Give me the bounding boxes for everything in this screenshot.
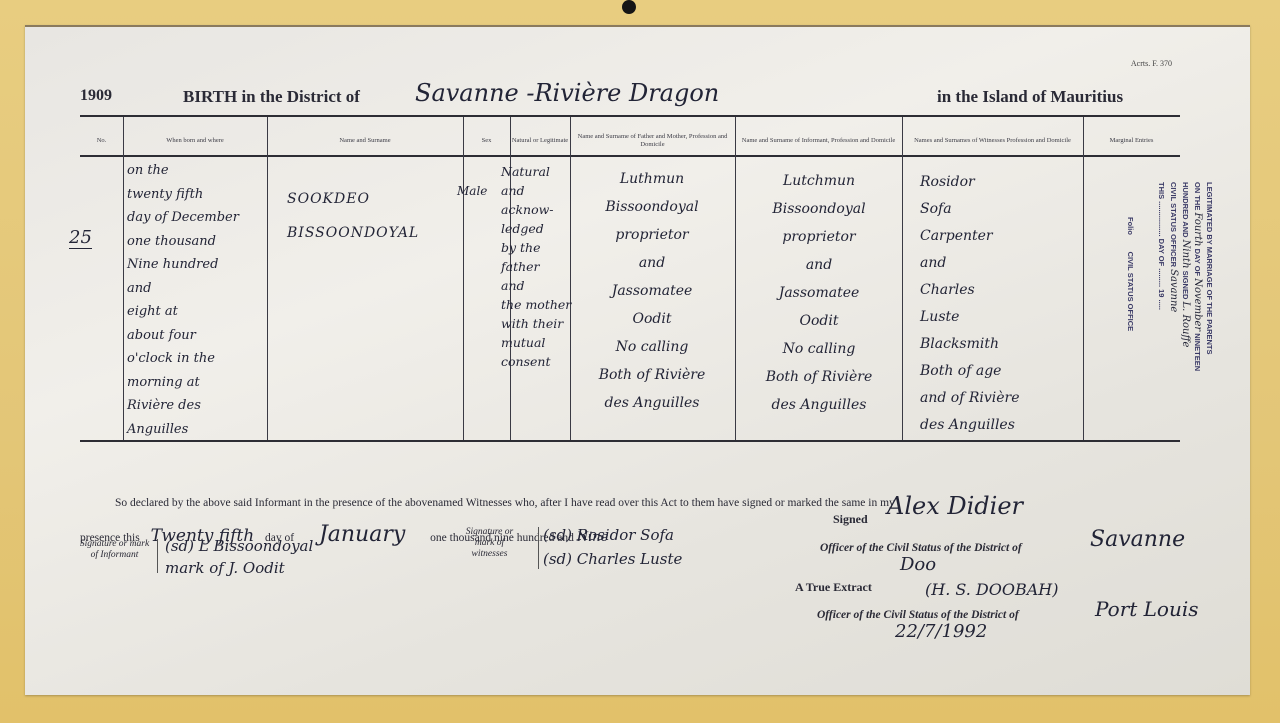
- handwritten-line: proprietor: [577, 221, 727, 249]
- handwritten-line: acknow-: [501, 200, 571, 219]
- handwritten-line: mark of J. Oodit: [165, 557, 313, 579]
- handwritten-line: Lutchmun: [740, 167, 898, 195]
- handwritten-line: and: [127, 277, 239, 301]
- handwritten-line: day of December: [127, 206, 239, 230]
- column-divider: [123, 117, 124, 440]
- handwritten-line: Carpenter: [920, 223, 1020, 250]
- true-extract-label: A True Extract: [795, 580, 872, 595]
- informant-brace: [157, 539, 158, 573]
- handwritten-line: and: [740, 251, 898, 279]
- handwritten-line: BISSOONDOYAL: [287, 216, 419, 250]
- extract-district: Port Louis: [1095, 597, 1199, 621]
- declaration-month: January: [319, 522, 405, 547]
- handwritten-line: No calling: [740, 335, 898, 363]
- handwritten-line: and: [501, 181, 571, 200]
- table-bottom-rule: [80, 440, 1180, 442]
- handwritten-line: Oodit: [740, 307, 898, 335]
- handwritten-line: the mother: [501, 295, 571, 314]
- extract-signature: Doo: [900, 554, 936, 575]
- column-header-natural-legitimate: Natural or Legitimate: [510, 125, 570, 157]
- handwritten-line: and: [501, 276, 571, 295]
- column-header-witnesses: Names and Surnames of Witnesses Professi…: [902, 125, 1083, 157]
- handwritten-line: Rivière des: [127, 394, 239, 418]
- handwritten-line: with their: [501, 314, 571, 333]
- informant-signature-label: Signature or mark of Informant: [77, 539, 152, 561]
- handwritten-line: Luste: [920, 304, 1020, 331]
- table-top-rule: [80, 115, 1180, 117]
- column-header-no: No.: [80, 125, 123, 157]
- certificate-year: 1909: [80, 87, 112, 105]
- handwritten-line: Luthmun: [577, 165, 727, 193]
- handwritten-line: (sd) Rosidor Sofa: [543, 523, 682, 547]
- column-header-name: Name and Surname: [267, 125, 463, 157]
- handwritten-line: and: [920, 250, 1020, 277]
- cell-when-where: on thetwenty fifthday of Decemberone tho…: [127, 159, 239, 441]
- handwritten-line: consent: [501, 352, 571, 371]
- handwritten-line: (sd) Charles Luste: [543, 547, 682, 571]
- marginal-folio: Folio CIVIL STATUS OFFICE: [1126, 217, 1135, 467]
- handwritten-line: Oodit: [577, 305, 727, 333]
- entry-number: 25: [69, 227, 92, 249]
- handwritten-line: Bissoondoyal: [740, 195, 898, 223]
- handwritten-line: des Anguilles: [920, 412, 1020, 439]
- cell-parents: LuthmunBissoondoyalproprietorandJassomat…: [577, 165, 727, 417]
- registrar-signature: Alex Didier: [887, 492, 1023, 520]
- extract-date: 22/7/1992: [895, 621, 987, 642]
- column-header-when-where: When born and where: [123, 125, 267, 157]
- handwritten-line: proprietor: [740, 223, 898, 251]
- handwritten-line: Both of age: [920, 358, 1020, 385]
- extract-officer-name: (H. S. DOOBAH): [925, 580, 1059, 599]
- handwritten-line: mutual: [501, 333, 571, 352]
- handwritten-line: (sd) L Bissoondoyal: [165, 535, 313, 557]
- column-divider: [735, 117, 736, 440]
- handwritten-line: o'clock in the: [127, 347, 239, 371]
- signed-label: Signed: [833, 512, 868, 527]
- handwritten-line: on the: [127, 159, 239, 183]
- handwritten-line: Bissoondoyal: [577, 193, 727, 221]
- handwritten-line: Jassomatee: [577, 277, 727, 305]
- handwritten-line: twenty fifth: [127, 183, 239, 207]
- column-header-parents: Name and Surname of Father and Mother, P…: [570, 125, 735, 157]
- handwritten-line: about four: [127, 324, 239, 348]
- handwritten-line: by the: [501, 238, 571, 257]
- column-divider: [267, 117, 268, 440]
- marginal-legitimation-note: LEGITIMATED BY MARRIAGE OF THE PARENTS O…: [1155, 182, 1215, 467]
- column-divider: [1083, 117, 1084, 440]
- cell-natural-legitimate: Naturalandacknow-ledgedby thefatherandth…: [501, 162, 571, 371]
- handwritten-line: No calling: [577, 333, 727, 361]
- officer-district: Savanne: [1090, 527, 1185, 552]
- title-suffix: in the Island of Mauritius: [937, 87, 1123, 107]
- declaration-text: So declared by the above said Informant …: [115, 497, 895, 509]
- column-divider: [902, 117, 903, 440]
- witness-signatures: (sd) Rosidor Sofa(sd) Charles Luste: [543, 523, 682, 571]
- handwritten-line: Both of Rivière: [577, 361, 727, 389]
- column-header-informant: Name and Surname of Informant, Professio…: [735, 125, 902, 157]
- handwritten-line: and of Rivière: [920, 385, 1020, 412]
- handwritten-line: eight at: [127, 300, 239, 324]
- title-prefix: BIRTH in the District of: [183, 87, 360, 107]
- officer-label: Officer of the Civil Status of the Distr…: [820, 542, 1022, 554]
- cell-witnesses: RosidorSofaCarpenterandCharlesLusteBlack…: [920, 169, 1020, 439]
- column-header-sex: Sex: [463, 125, 510, 157]
- handwritten-line: Natural: [501, 162, 571, 181]
- handwritten-line: Charles: [920, 277, 1020, 304]
- handwritten-line: Rosidor: [920, 169, 1020, 196]
- district-name: Savanne -Rivière Dragon: [415, 79, 719, 107]
- handwritten-line: des Anguilles: [740, 391, 898, 419]
- witness-signature-label: Signature or mark of witnesses: [457, 527, 522, 560]
- handwritten-line: Nine hundred: [127, 253, 239, 277]
- handwritten-line: Blacksmith: [920, 331, 1020, 358]
- nail-hole: [622, 0, 636, 14]
- declaration-presence: presence this Twenty fifth day of Januar…: [80, 522, 608, 547]
- extract-officer-label: Officer of the Civil Status of the Distr…: [817, 609, 1019, 621]
- handwritten-line: Jassomatee: [740, 279, 898, 307]
- cell-sex: Male: [457, 182, 487, 201]
- handwritten-line: SOOKDEO: [287, 182, 419, 216]
- handwritten-line: des Anguilles: [577, 389, 727, 417]
- handwritten-line: morning at: [127, 371, 239, 395]
- handwritten-line: one thousand: [127, 230, 239, 254]
- column-header-marginal: Marginal Entries: [1083, 125, 1180, 157]
- handwritten-line: ledged: [501, 219, 571, 238]
- birth-certificate: Acrts. F. 370 1909 BIRTH in the District…: [25, 25, 1250, 695]
- informant-signatures: (sd) L Bissoondoyalmark of J. Oodit: [165, 535, 313, 579]
- cell-informant: LutchmunBissoondoyalproprietorandJassoma…: [740, 167, 898, 419]
- form-reference: Acrts. F. 370: [1131, 59, 1172, 68]
- handwritten-line: Both of Rivière: [740, 363, 898, 391]
- handwritten-line: and: [577, 249, 727, 277]
- witness-brace: [538, 527, 539, 569]
- handwritten-line: Sofa: [920, 196, 1020, 223]
- handwritten-line: father: [501, 257, 571, 276]
- column-divider: [463, 117, 464, 440]
- handwritten-line: Anguilles: [127, 418, 239, 442]
- cell-name: SOOKDEOBISSOONDOYAL: [287, 182, 419, 250]
